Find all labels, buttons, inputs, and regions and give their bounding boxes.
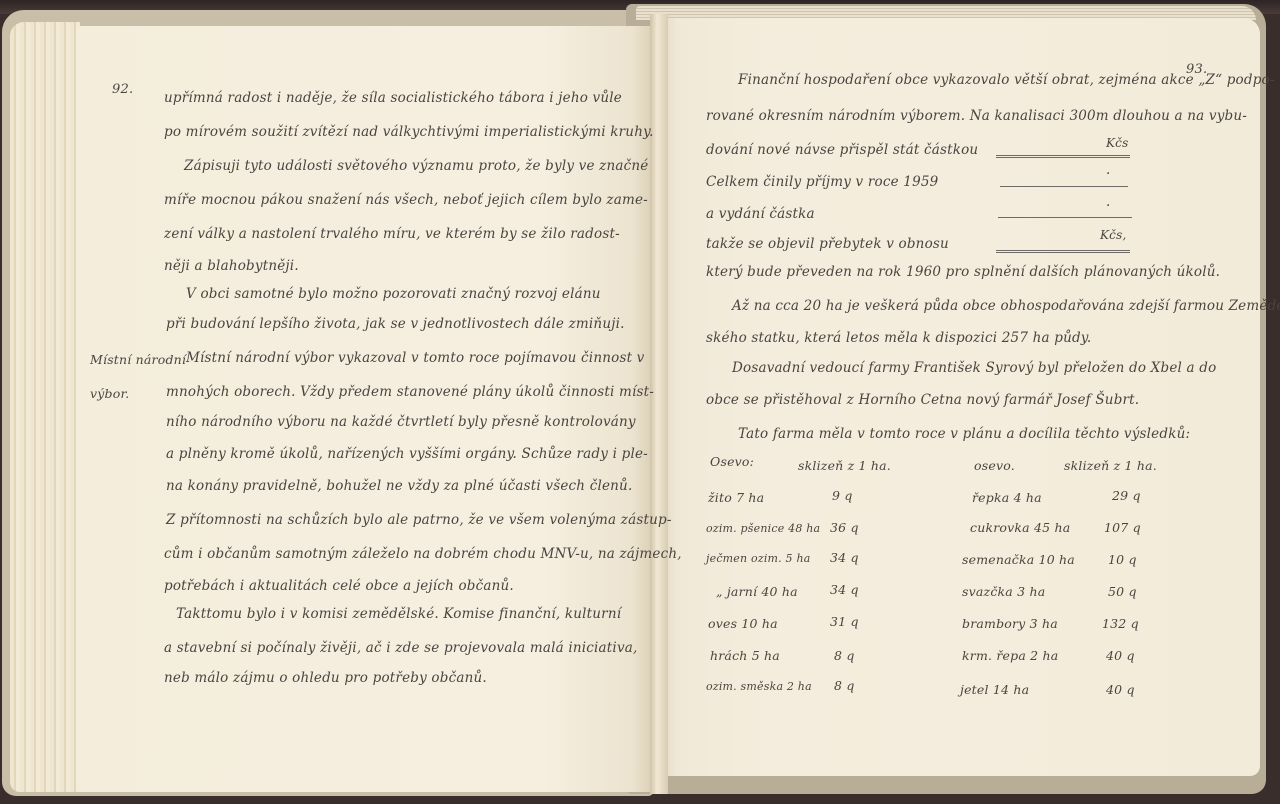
table-cell-yield: 50 q [1108, 584, 1137, 599]
table-cell-crop: brambory 3 ha [962, 616, 1058, 631]
text-line: ského statku, která letos měla k dispozi… [706, 330, 1091, 346]
text-line: ního národního výboru na každé čtvrtletí… [166, 414, 636, 430]
text-line: cům i občanům samotným záleželo na dobré… [164, 546, 682, 562]
table-cell-yield: 9 q [832, 488, 853, 503]
text-line: při budování lepšího života, jak se v je… [166, 316, 625, 332]
text-line: potřebách i aktualitách celé obce a její… [164, 578, 514, 594]
text-line: Z přítomnosti na schůzích bylo ale patrn… [166, 512, 672, 528]
table-cell-yield: 29 q [1112, 488, 1141, 503]
text-line: Místní národní výbor vykazoval v tomto r… [186, 350, 645, 366]
table-cell-crop: svazčka 3 ha [962, 584, 1045, 599]
text-line: Dosavadní vedoucí farmy František Syrový… [732, 360, 1216, 376]
text-line: na konány pravidelně, bohužel ne vždy za… [166, 478, 632, 494]
table-cell-yield: 10 q [1108, 552, 1137, 567]
table-cell-yield: 40 q [1106, 682, 1135, 697]
text-line: Tato farma měla v tomto roce v plánu a d… [738, 426, 1190, 442]
table-cell-yield: 31 q [830, 614, 859, 629]
table-cell-crop: krm. řepa 2 ha [962, 648, 1058, 663]
ledger-amount: · [1106, 198, 1111, 214]
text-line: Až na cca 20 ha je veškerá půda obce obh… [732, 298, 1280, 314]
table-header: Osevo: [710, 454, 754, 469]
table-cell-yield: 34 q [830, 582, 859, 597]
ledger-rule [998, 217, 1132, 218]
ledger-label: Celkem činily příjmy v roce 1959 [706, 174, 938, 190]
ledger-label: takže se objevil přebytek v obnosu [706, 236, 949, 252]
text-line: Zápisuji tyto události světového významu… [184, 158, 648, 174]
ledger-amount: Kčs, [1100, 228, 1126, 242]
text-line: mnohých oborech. Vždy předem stanovené p… [166, 384, 654, 400]
table-cell-crop: řepka 4 ha [972, 490, 1042, 505]
ledger-label: dování nové návse přispěl stát částkou [706, 142, 978, 158]
table-cell-yield: 36 q [830, 520, 859, 535]
table-cell-crop: semenačka 10 ha [962, 552, 1075, 567]
table-cell-yield: 132 q [1102, 616, 1139, 631]
table-cell-crop: žito 7 ha [708, 490, 764, 505]
text-line: něji a blahobytněji. [164, 258, 299, 274]
text-line: a stavební si počínaly živěji, ač i zde … [164, 640, 638, 656]
table-cell-crop: ozim. pšenice 48 ha [706, 522, 820, 535]
text-line: obce se přistěhoval z Horního Cetna nový… [706, 392, 1139, 408]
margin-note-line-1: Místní národní [90, 352, 186, 367]
table-cell-crop: jetel 14 ha [960, 682, 1029, 697]
text-line: po mírovém soužití zvítězí nad válkychti… [164, 124, 654, 140]
text-line: Takttomu bylo i v komisi zemědělské. Kom… [176, 606, 621, 622]
table-cell-yield: 40 q [1106, 648, 1135, 663]
table-cell-crop: ječmen ozim. 5 ha [706, 552, 811, 565]
table-cell-crop: hrách 5 ha [710, 648, 780, 663]
table-cell-yield: 34 q [830, 550, 859, 565]
table-cell-crop: „ jarní 40 ha [716, 584, 798, 599]
left-page-edges [10, 22, 80, 792]
table-cell-yield: 8 q [834, 648, 855, 663]
text-line: míře mocnou pákou snažení nás všech, neb… [164, 192, 648, 208]
ledger-rule [996, 250, 1130, 253]
text-line: Finanční hospodaření obce vykazovalo vět… [738, 72, 1275, 88]
table-header: sklizeň z 1 ha. [798, 458, 891, 473]
ledger-label: a vydání částka [706, 206, 815, 222]
table-cell-crop: oves 10 ha [708, 616, 778, 631]
text-line: V obci samotné bylo možno pozorovati zna… [186, 286, 601, 302]
table-header: osevo. [974, 458, 1015, 473]
table-cell-yield: 8 q [834, 678, 855, 693]
table-cell-crop: cukrovka 45 ha [970, 520, 1070, 535]
ledger-amount: Kčs [1106, 136, 1128, 150]
ledger-amount: · [1106, 166, 1111, 182]
table-cell-crop: ozim. směska 2 ha [706, 680, 812, 693]
text-line: který bude převeden na rok 1960 pro spln… [706, 264, 1220, 280]
table-header: sklizeň z 1 ha. [1064, 458, 1157, 473]
left-page-number: 92. [112, 82, 133, 97]
ledger-rule [996, 155, 1130, 158]
text-line: rované okresním národním výborem. Na kan… [706, 108, 1247, 124]
text-line: zení války a nastolení trvalého míru, ve… [164, 226, 620, 242]
text-line: neb málo zájmu o ohledu pro potřeby obča… [164, 670, 487, 686]
text-line: a plněny kromě úkolů, nařízených vyššími… [166, 446, 648, 462]
margin-note-line-2: výbor. [90, 386, 129, 401]
ledger-rule [1000, 186, 1128, 187]
table-cell-yield: 107 q [1104, 520, 1141, 535]
text-line: upřímná radost i naděje, že síla sociali… [164, 90, 622, 106]
